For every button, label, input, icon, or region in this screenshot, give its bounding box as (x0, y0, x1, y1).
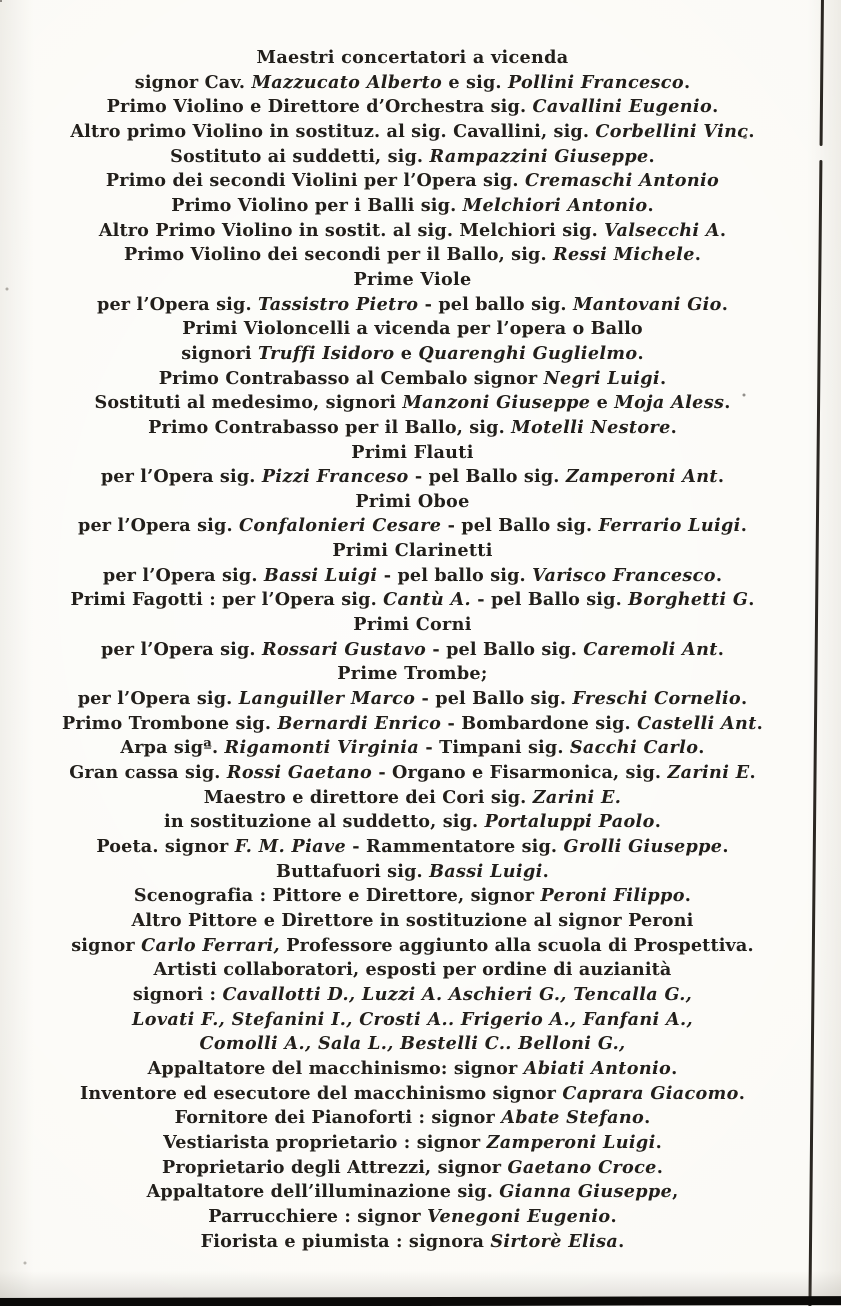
person-name-text: Quarenghi Guglielmo (418, 343, 637, 364)
role-text: e (590, 392, 614, 413)
role-text: . (684, 72, 690, 93)
scan-speck (0, 0, 2, 2)
role-text: Primo Violino e Direttore d’Orchestra si… (107, 96, 533, 117)
text-line: Altro Pittore e Direttore in sostituzion… (0, 909, 825, 934)
text-line: Primo Contrabasso per il Ballo, sig. Mot… (0, 416, 825, 441)
text-line: Sostituti al medesimo, signori Manzoni G… (0, 391, 825, 416)
section-heading: Primi Clarinetti (0, 539, 825, 564)
role-text: Vestiarista proprietario : signor (163, 1132, 486, 1153)
role-text: Proprietario degli Attrezzi, signor (162, 1157, 508, 1178)
text-line: signori Truffi Isidoro e Quarenghi Gugli… (0, 342, 825, 367)
role-text: - pel Ballo sig. (426, 639, 583, 660)
text-line: Primo Violino per i Balli sig. Melchiori… (0, 194, 825, 219)
person-name-text: Varisco Francesco (532, 565, 716, 586)
role-text: . (543, 861, 549, 882)
person-name-text: Pizzi Franceso (262, 466, 409, 487)
text-line: Arpa sigª. Rigamonti Virginia - Timpani … (0, 736, 825, 761)
role-text: Primi Fagotti : per l’Opera sig. (70, 589, 383, 610)
role-text: - pel ballo sig. (377, 565, 532, 586)
text-line: Proprietario degli Attrezzi, signor Gaet… (0, 1156, 825, 1181)
person-name-text: Zamperoni Ant (566, 466, 718, 487)
text-line: Primi Violoncelli a vicenda per l’opera … (0, 317, 825, 342)
role-text: Appaltatore del macchinismo: signor (148, 1058, 524, 1079)
person-name-text: Zarini E (667, 762, 749, 783)
person-name-text: Moja Aless (614, 392, 724, 413)
person-name-text: Zarini E. (533, 787, 621, 808)
person-name-text: Abiati Antonio (524, 1058, 671, 1079)
person-name-text: Pollini Francesco (508, 72, 684, 93)
role-text: Primo Contrabasso per il Ballo, sig. (148, 417, 511, 438)
text-line: Gran cassa sig. Rossi Gaetano - Organo e… (0, 761, 825, 786)
role-text: . (656, 1132, 662, 1153)
role-text: . (655, 811, 661, 832)
person-name-text: F. M. Piave (235, 836, 346, 857)
role-text: Primi Corni (353, 614, 471, 635)
section-heading: Maestri concertatori a vicenda (0, 46, 825, 71)
role-text: Primo dei secondi Violini per l’Opera si… (106, 170, 525, 191)
role-text: . (637, 343, 643, 364)
person-name-text: Ferrario Luigi (599, 515, 741, 536)
role-text: per l’Opera sig. (103, 565, 264, 586)
role-text: . (748, 589, 754, 610)
role-text: Poeta. signor (96, 836, 234, 857)
role-text: Prime Trombe; (337, 663, 487, 684)
role-text: Altro primo Violino in sostituz. al sig.… (70, 121, 595, 142)
person-name-text: Gianna Giuseppe (499, 1181, 672, 1202)
section-heading: Primi Oboe (0, 490, 825, 515)
person-name-text: Castelli Ant (637, 713, 757, 734)
role-text: Gran cassa sig. (69, 762, 227, 783)
role-text: . (722, 294, 728, 315)
role-text: Sostituti al medesimo, signori (95, 392, 403, 413)
scan-bottom-bar (0, 1296, 841, 1306)
role-text: . (649, 146, 655, 167)
section-heading: Prime Trombe; (0, 662, 825, 687)
role-text: Primi Flauti (351, 442, 473, 463)
person-name-text: Melchiori Antonio (463, 195, 648, 216)
role-text: . (610, 1206, 616, 1227)
role-text: Maestro e direttore dei Cori sig. (204, 787, 533, 808)
text-line: per l’Opera sig. Languiller Marco - pel … (0, 687, 825, 712)
role-text: per l’Opera sig. (101, 639, 262, 660)
role-text: - pel Ballo sig. (471, 589, 628, 610)
text-line: Primo dei secondi Violini per l’Opera si… (0, 169, 825, 194)
person-name-text: Caremoli Ant (583, 639, 717, 660)
person-name-text: Corbellini Vinc (595, 121, 748, 142)
role-text: signor Cav. (135, 72, 252, 93)
person-name-text: Freschi Cornelio (572, 688, 741, 709)
role-text: . (698, 737, 704, 758)
person-name-text: Rampazzini Giuseppe (429, 146, 648, 167)
role-text: signor (71, 935, 141, 956)
person-name-text: Cavallini Eugenio (533, 96, 713, 117)
section-heading: Prime Viole (0, 268, 825, 293)
person-name-text: Bassi Luigi (264, 565, 378, 586)
role-text: Primo Violino dei secondi per il Ballo, … (124, 244, 553, 265)
text-line: Buttafuori sig. Bassi Luigi. (0, 860, 825, 885)
text-line: per l’Opera sig. Pizzi Franceso - pel Ba… (0, 465, 825, 490)
role-text: e sig. (442, 72, 508, 93)
role-text: Prime Viole (353, 269, 471, 290)
role-text: . (647, 195, 653, 216)
role-text: Maestri concertatori a vicenda (257, 47, 569, 68)
document-lines: Maestri concertatori a vicendasignor Cav… (0, 46, 825, 1254)
role-text: . (712, 96, 718, 117)
role-text: - pel Ballo sig. (409, 466, 566, 487)
text-line: Lovati F., Stefanini I., Crosti A.. Frig… (0, 1008, 825, 1033)
person-name-text: Sirtorè Elisa (490, 1231, 618, 1252)
role-text: . (718, 639, 724, 660)
person-name-text: Mazzucato Alberto (251, 72, 442, 93)
text-line: Fornitore dei Pianoforti : signor Abate … (0, 1106, 825, 1131)
person-name-text: Gaetano Croce (507, 1157, 656, 1178)
role-text: . (671, 1058, 677, 1079)
role-text: Inventore ed esecutore del macchinismo s… (80, 1083, 562, 1104)
person-name-text: Cremaschi Antonio (525, 170, 719, 191)
person-name-text: Venegoni Eugenio (427, 1206, 610, 1227)
person-name-text: Tassistro Pietro (258, 294, 418, 315)
person-name-text: Rossari Gustavo (262, 639, 426, 660)
role-text: . (718, 466, 724, 487)
person-name-text: Cavallotti D., Luzzi A. Aschieri G., Ten… (222, 984, 692, 1005)
person-name-text: Carlo Ferrari, (141, 935, 280, 956)
text-line: Artisti collaboratori, esposti per ordin… (0, 958, 825, 983)
role-text: per l’Opera sig. (78, 515, 239, 536)
role-text: Primi Violoncelli a vicenda per l’opera … (182, 318, 643, 339)
person-name-text: Rossi Gaetano (227, 762, 372, 783)
role-text: Primo Trombone sig. (62, 713, 277, 734)
role-text: - pel Ballo sig. (415, 688, 572, 709)
role-text: Fiorista e piumista : signora (201, 1231, 491, 1252)
role-text: in sostituzione al suddetto, sig. (164, 811, 485, 832)
role-text: . (644, 1107, 650, 1128)
role-text: . (720, 220, 726, 241)
person-name-text: Comolli A., Sala L., Bestelli C.. Bellon… (199, 1033, 625, 1054)
section-heading: Primi Corni (0, 613, 825, 638)
text-line: Altro primo Violino in sostituz. al sig.… (0, 120, 825, 145)
role-text: - Bombardone sig. (441, 713, 637, 734)
role-text: Scenografia : Pittore e Direttore, signo… (134, 885, 541, 906)
role-text: . (695, 244, 701, 265)
text-line: Maestro e direttore dei Cori sig. Zarini… (0, 786, 825, 811)
text-line: Primo Trombone sig. Bernardi Enrico - Bo… (0, 712, 825, 737)
role-text: . (741, 688, 747, 709)
person-name-text: Cantù A. (383, 589, 471, 610)
text-line: Comolli A., Sala L., Bestelli C.. Bellon… (0, 1032, 825, 1057)
role-text: Parrucchiere : signor (208, 1206, 427, 1227)
role-text: Professore aggiunto alla scuola di Prosp… (280, 935, 754, 956)
text-line: signor Carlo Ferrari, Professore aggiunt… (0, 934, 825, 959)
role-text: . (757, 713, 763, 734)
text-line: Primi Fagotti : per l’Opera sig. Cantù A… (0, 588, 825, 613)
role-text: . (660, 368, 666, 389)
role-text: - pel ballo sig. (418, 294, 573, 315)
role-text: - Organo e Fisarmonica, sig. (372, 762, 667, 783)
role-text: Primi Oboe (355, 491, 469, 512)
role-text: . (739, 1083, 745, 1104)
role-text: e (395, 343, 419, 364)
text-line: Fiorista e piumista : signora Sirtorè El… (0, 1230, 825, 1255)
text-line: per l’Opera sig. Rossari Gustavo - pel B… (0, 638, 825, 663)
role-text: . (716, 565, 722, 586)
text-line: Scenografia : Pittore e Direttore, signo… (0, 884, 825, 909)
role-text: . (724, 392, 730, 413)
person-name-text: Manzoni Giuseppe (402, 392, 590, 413)
person-name-text: Sacchi Carlo (570, 737, 698, 758)
text-line: Primo Violino dei secondi per il Ballo, … (0, 243, 825, 268)
person-name-text: Caprara Giacomo (562, 1083, 738, 1104)
person-name-text: Motelli Nestore (511, 417, 670, 438)
role-text: Arpa sigª. (120, 737, 224, 758)
role-text: - Rammentatore sig. (346, 836, 563, 857)
person-name-text: Zamperoni Luigi (487, 1132, 656, 1153)
role-text: signori (181, 343, 258, 364)
role-text: Primi Clarinetti (332, 540, 492, 561)
role-text: per l’Opera sig. (78, 688, 239, 709)
section-heading: Primi Flauti (0, 441, 825, 466)
role-text: , (672, 1181, 678, 1202)
role-text: . (657, 1157, 663, 1178)
role-text: Sostituto ai suddetti, sig. (170, 146, 429, 167)
role-text: signori : (133, 984, 223, 1005)
role-text: . (741, 515, 747, 536)
text-line: signori : Cavallotti D., Luzzi A. Aschie… (0, 983, 825, 1008)
role-text: Primo Violino per i Balli sig. (171, 195, 462, 216)
text-line: Inventore ed esecutore del macchinismo s… (0, 1082, 825, 1107)
text-line: per l’Opera sig. Confalonieri Cesare - p… (0, 514, 825, 539)
scanned-page: Maestri concertatori a vicendasignor Cav… (0, 0, 841, 1306)
role-text: - pel Ballo sig. (441, 515, 598, 536)
text-line: Appaltatore dell’illuminazione sig. Gian… (0, 1180, 825, 1205)
person-name-text: Lovati F., Stefanini I., Crosti A.. Frig… (132, 1009, 693, 1030)
person-name-text: Confalonieri Cesare (239, 515, 441, 536)
text-line: Appaltatore del macchinismo: signor Abia… (0, 1057, 825, 1082)
role-text: Altro Primo Violino in sostit. al sig. M… (99, 220, 604, 241)
text-line: Sostituto ai suddetti, sig. Rampazzini G… (0, 145, 825, 170)
person-name-text: Valsecchi A (604, 220, 720, 241)
person-name-text: Portaluppi Paolo (485, 811, 655, 832)
person-name-text: Grolli Giuseppe (563, 836, 722, 857)
person-name-text: Peroni Filippo (540, 885, 684, 906)
role-text: . (749, 762, 755, 783)
person-name-text: Mantovani Gio (573, 294, 722, 315)
role-text: . (722, 836, 728, 857)
page-edge-rule-segment (820, 0, 824, 146)
text-line: Vestiarista proprietario : signor Zamper… (0, 1131, 825, 1156)
role-text: - Timpani sig. (419, 737, 570, 758)
role-text: Artisti collaboratori, esposti per ordin… (153, 959, 671, 980)
role-text: per l’Opera sig. (101, 466, 262, 487)
role-text: . (671, 417, 677, 438)
person-name-text: Ressi Michele (553, 244, 695, 265)
role-text: . (685, 885, 691, 906)
text-line: Parrucchiere : signor Venegoni Eugenio. (0, 1205, 825, 1230)
person-name-text: Truffi Isidoro (258, 343, 395, 364)
text-line: Primo Contrabasso al Cembalo signor Negr… (0, 367, 825, 392)
text-line: Primo Violino e Direttore d’Orchestra si… (0, 95, 825, 120)
role-text: Altro Pittore e Direttore in sostituzion… (132, 910, 694, 931)
scan-bottom-shadow (0, 1271, 841, 1297)
role-text: Primo Contrabasso al Cembalo signor (159, 368, 544, 389)
person-name-text: Abate Stefano (501, 1107, 644, 1128)
person-name-text: Negri Luigi (544, 368, 660, 389)
role-text: per l’Opera sig. (97, 294, 258, 315)
role-text: . (748, 121, 754, 142)
person-name-text: Bernardi Enrico (277, 713, 441, 734)
role-text: Buttafuori sig. (276, 861, 429, 882)
role-text: Fornitore dei Pianoforti : signor (175, 1107, 502, 1128)
text-line: in sostituzione al suddetto, sig. Portal… (0, 810, 825, 835)
text-line: Poeta. signor F. M. Piave - Rammentatore… (0, 835, 825, 860)
role-text: Appaltatore dell’illuminazione sig. (147, 1181, 500, 1202)
role-text: . (618, 1231, 624, 1252)
text-line: signor Cav. Mazzucato Alberto e sig. Pol… (0, 71, 825, 96)
person-name-text: Bassi Luigi (429, 861, 543, 882)
person-name-text: Languiller Marco (239, 688, 416, 709)
text-line: Altro Primo Violino in sostit. al sig. M… (0, 219, 825, 244)
text-line: per l’Opera sig. Bassi Luigi - pel ballo… (0, 564, 825, 589)
text-line: per l’Opera sig. Tassistro Pietro - pel … (0, 293, 825, 318)
person-name-text: Rigamonti Virginia (225, 737, 420, 758)
person-name-text: Borghetti G (628, 589, 748, 610)
